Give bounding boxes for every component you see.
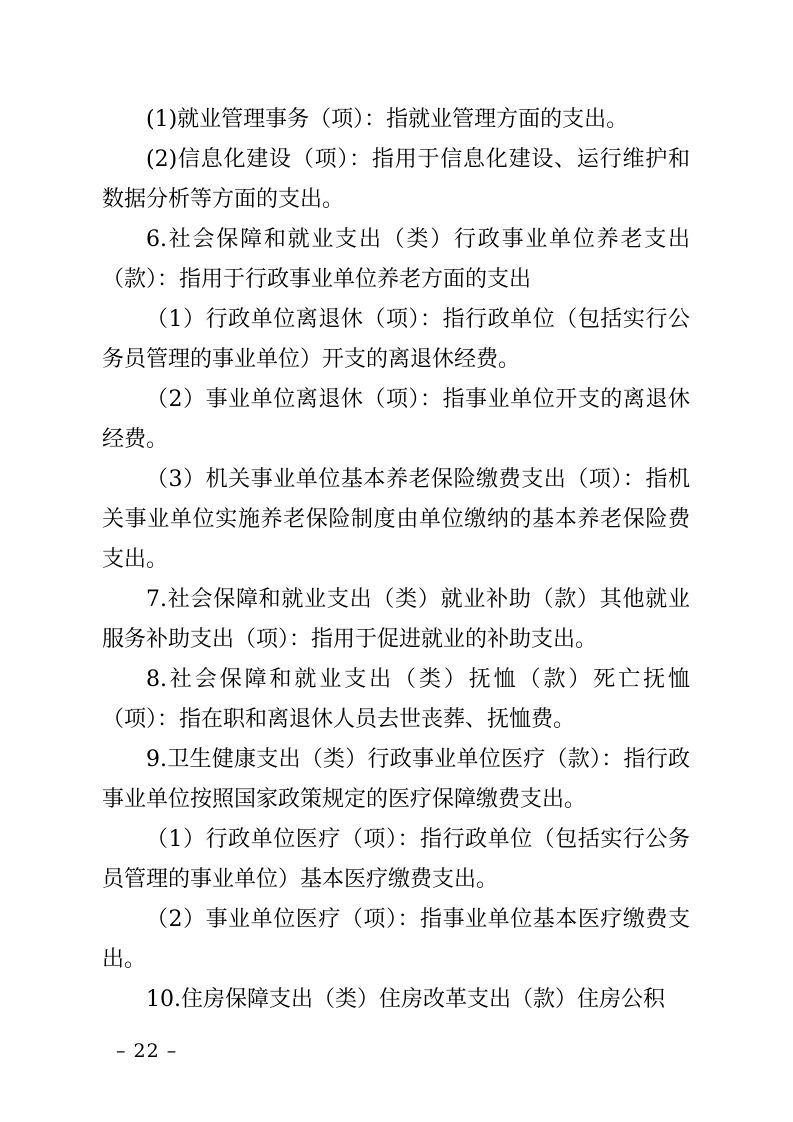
paragraph: （1）行政单位医疗（项）：指行政单位（包括实行公务员管理的事业单位）基本医疗缴费… [102,820,690,900]
paragraph: （2）事业单位离退休（项）：指事业单位开支的离退休经费。 [102,380,690,460]
paragraph: （2）事业单位医疗（项）：指事业单位基本医疗缴费支出。 [102,900,690,980]
paragraph: 10.住房保障支出（类）住房改革支出（款）住房公积 [102,980,690,1020]
page-number: – 22 – [116,1040,177,1062]
paragraph: (1)就业管理事务（项）：指就业管理方面的支出。 [102,100,690,140]
paragraph: （3）机关事业单位基本养老保险缴费支出（项）：指机关事业单位实施养老保险制度由单… [102,460,690,580]
paragraph: 9.卫生健康支出（类）行政事业单位医疗（款）：指行政事业单位按照国家政策规定的医… [102,740,690,820]
paragraph: 8.社会保障和就业支出（类）抚恤（款）死亡抚恤（项）：指在职和离退休人员去世丧葬… [102,660,690,740]
paragraph: （1）行政单位离退休（项）：指行政单位（包括实行公务员管理的事业单位）开支的离退… [102,300,690,380]
paragraph: (2)信息化建设（项）：指用于信息化建设、运行维护和数据分析等方面的支出。 [102,140,690,220]
document-page: (1)就业管理事务（项）：指就业管理方面的支出。 (2)信息化建设（项）：指用于… [0,0,793,1122]
paragraph: 7.社会保障和就业支出（类）就业补助（款）其他就业服务补助支出（项）：指用于促进… [102,580,690,660]
paragraph: 6.社会保障和就业支出（类）行政事业单位养老支出（款）：指用于行政事业单位养老方… [102,220,690,300]
document-body: (1)就业管理事务（项）：指就业管理方面的支出。 (2)信息化建设（项）：指用于… [102,100,690,1020]
